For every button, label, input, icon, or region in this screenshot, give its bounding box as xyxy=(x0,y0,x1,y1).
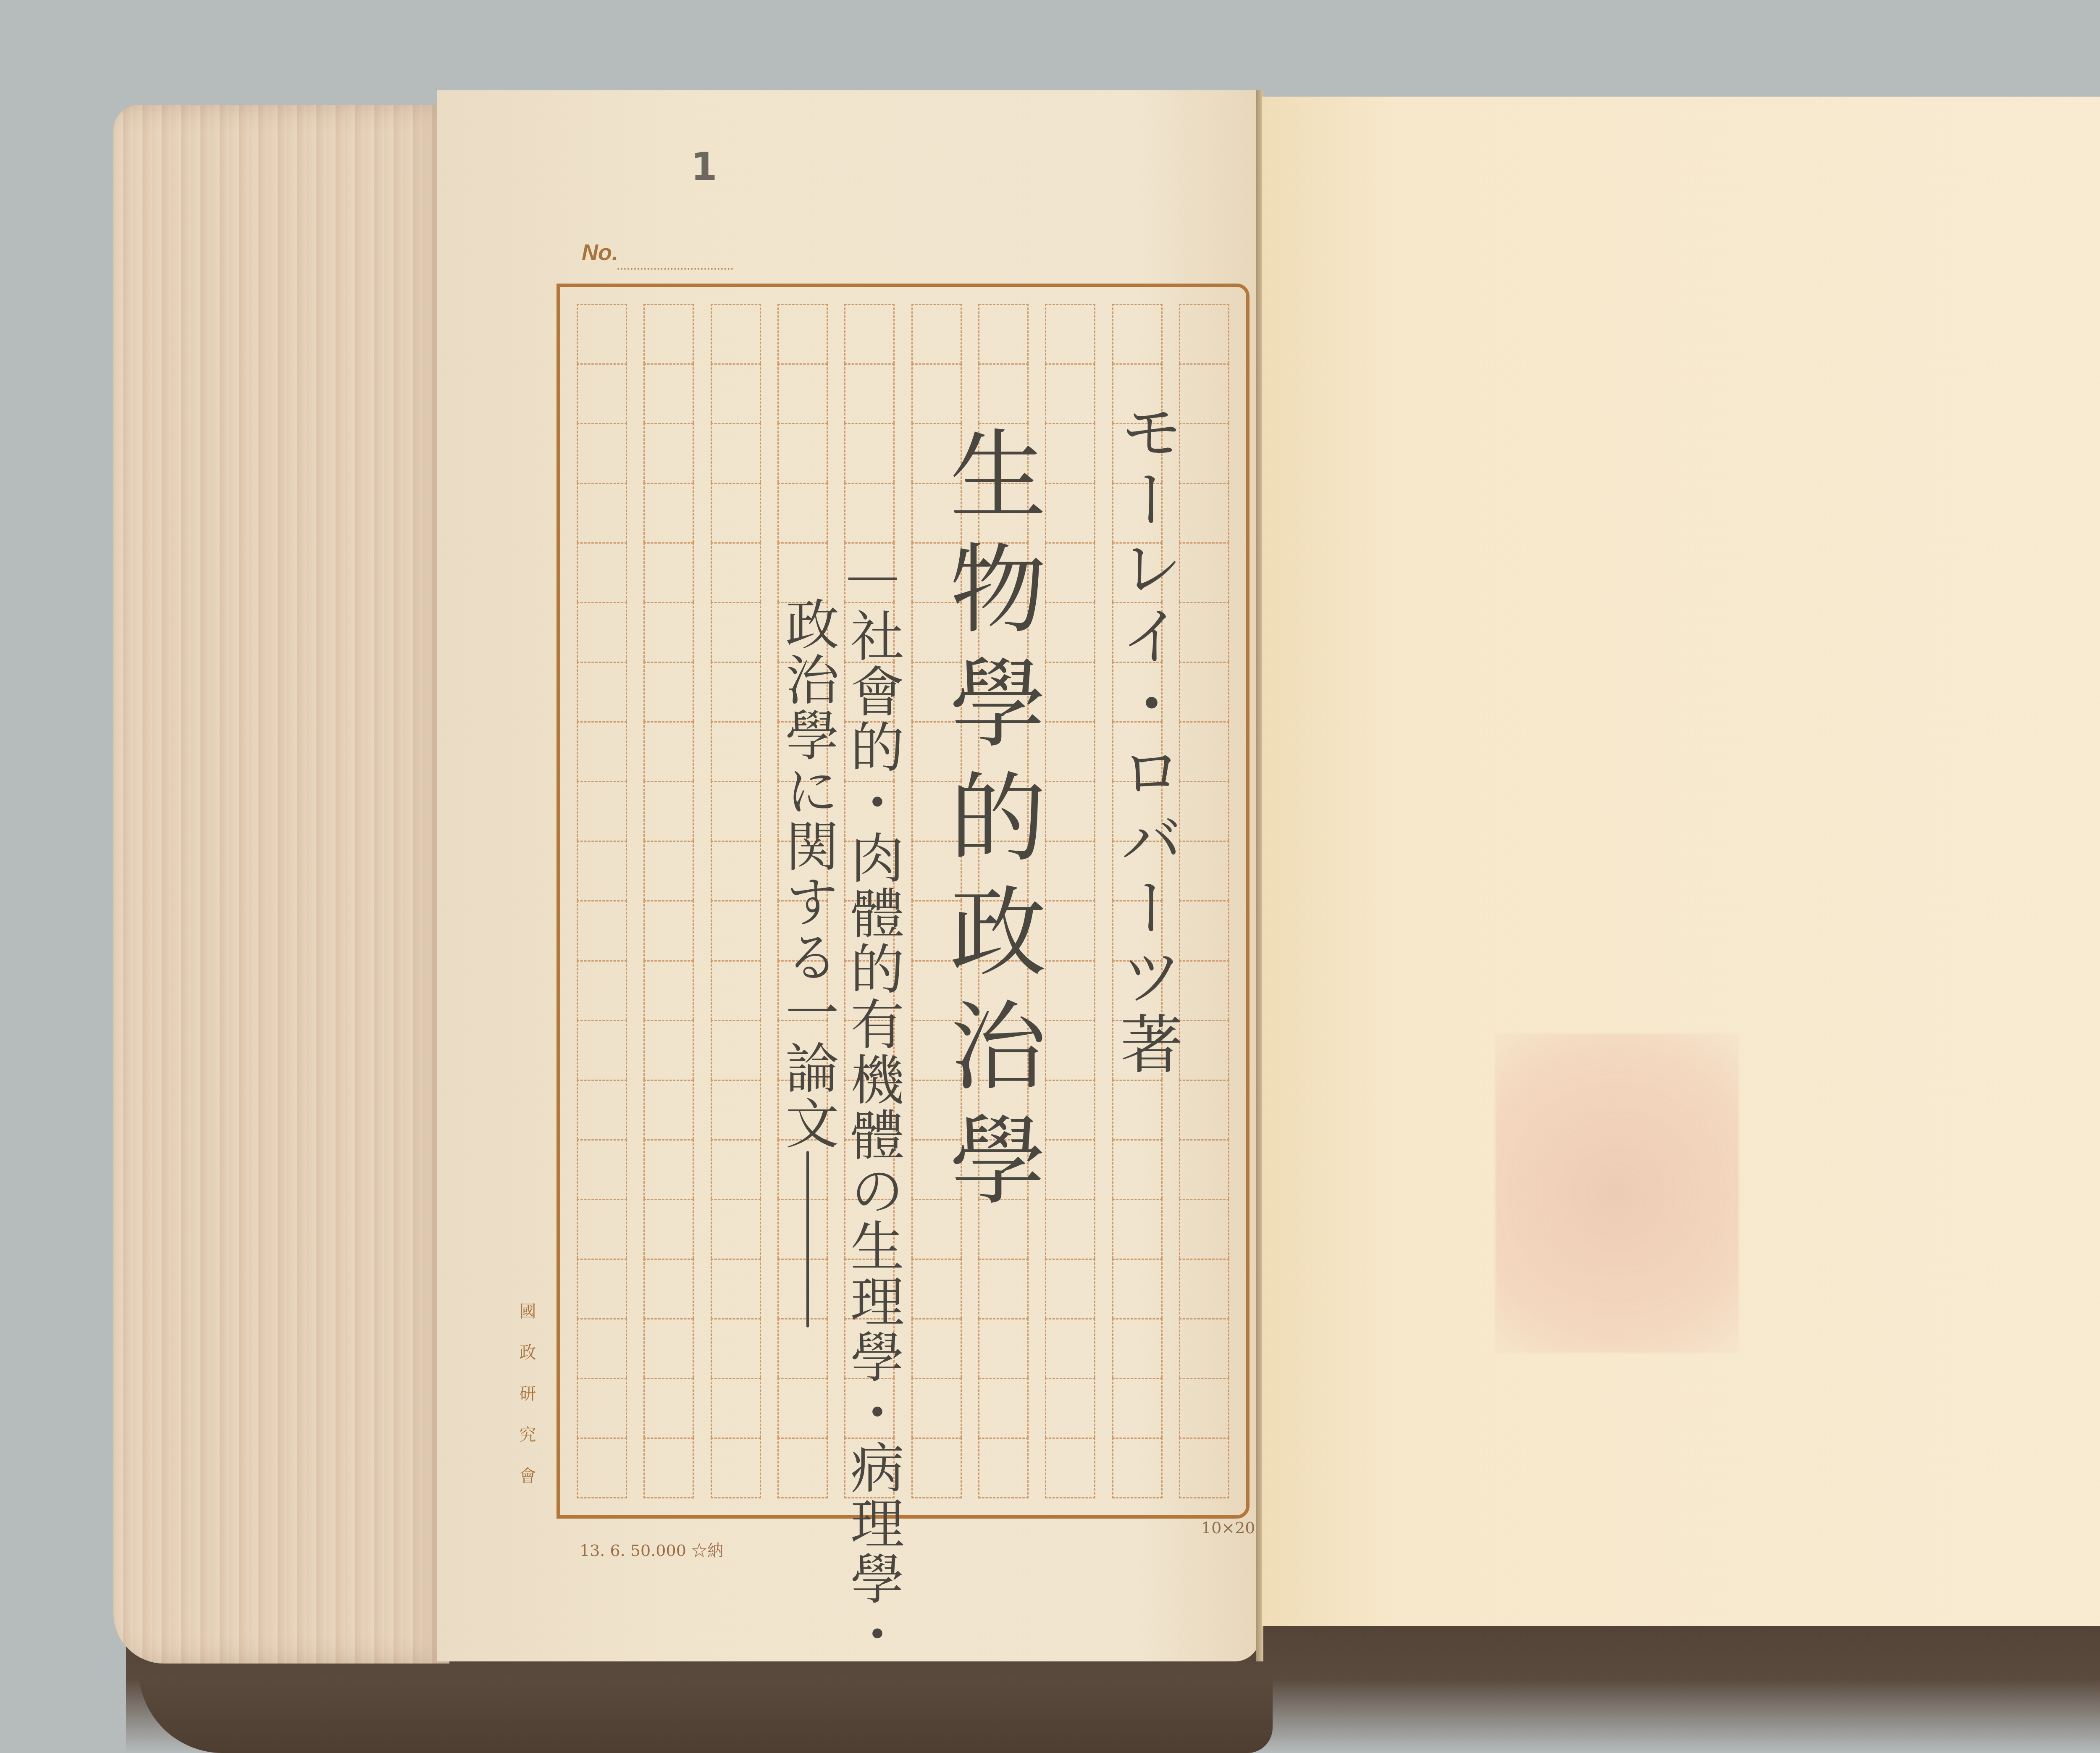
grid-cell xyxy=(577,841,627,900)
grid-cell xyxy=(643,483,694,542)
grid-cell xyxy=(577,1378,627,1438)
grid-cell xyxy=(711,1259,761,1318)
grid-cell xyxy=(777,483,828,542)
grid-cell xyxy=(911,1438,962,1498)
grid-cell xyxy=(711,1139,761,1199)
grid-cell xyxy=(777,304,828,363)
grid-cell xyxy=(643,542,694,602)
grid-cell xyxy=(577,1318,627,1378)
grid-cell xyxy=(777,1378,828,1438)
grid-cell xyxy=(777,542,828,602)
grid-cell xyxy=(643,1318,694,1378)
grid-cell xyxy=(1179,1139,1229,1199)
grid-cell xyxy=(577,1259,627,1318)
no-label: No. xyxy=(582,239,618,265)
grid-cell xyxy=(1045,1378,1095,1438)
grid-cell xyxy=(1112,1199,1163,1259)
grid-cell xyxy=(643,1139,694,1199)
grid-cell xyxy=(1179,1438,1229,1498)
grid-cell xyxy=(711,900,761,960)
grid-cell xyxy=(1112,1438,1163,1498)
grid-cell xyxy=(978,1259,1029,1318)
grid-cell xyxy=(577,1080,627,1139)
grid-cell xyxy=(711,483,761,542)
grid-cell xyxy=(711,1438,761,1498)
grid-cell xyxy=(577,304,627,363)
grid-cell xyxy=(577,1199,627,1259)
grid-cell xyxy=(643,1438,694,1498)
grid-cell xyxy=(1045,1318,1095,1378)
grid-cell xyxy=(1179,1378,1229,1438)
grid-cell xyxy=(911,1259,962,1318)
grid-cell xyxy=(711,841,761,900)
grid-cell xyxy=(711,662,761,721)
grid-cell xyxy=(643,1199,694,1259)
grid-cell xyxy=(1112,1080,1163,1139)
grid-cell xyxy=(577,363,627,423)
grid-cell xyxy=(844,423,895,483)
publisher-imprint: 國政研究會 xyxy=(514,1302,538,1508)
grid-cell xyxy=(643,363,694,423)
grid-cell xyxy=(643,1378,694,1438)
grid-cell xyxy=(643,960,694,1020)
grid-cell xyxy=(1179,1080,1229,1139)
grid-cell xyxy=(1045,304,1095,363)
grid-cell xyxy=(577,542,627,602)
grid-cell xyxy=(777,363,828,423)
grid-cell xyxy=(777,1318,828,1378)
grid-cell xyxy=(844,304,895,363)
grid-cell xyxy=(978,304,1029,363)
grid-column xyxy=(643,304,694,1498)
grid-cell xyxy=(1045,1438,1095,1498)
grid-cell xyxy=(643,781,694,841)
grid-column xyxy=(577,304,627,1498)
grid-cell xyxy=(577,721,627,781)
grid-cell xyxy=(643,1259,694,1318)
grid-cell xyxy=(911,1318,962,1378)
closing-dash xyxy=(806,1151,809,1327)
grid-cell xyxy=(711,721,761,781)
stamp-offset xyxy=(1495,1033,1739,1353)
grid-cell xyxy=(577,602,627,662)
grid-cell xyxy=(643,304,694,363)
grid-cell xyxy=(711,1318,761,1378)
grid-cell xyxy=(1112,1318,1163,1378)
grid-cell xyxy=(643,1020,694,1080)
grid-cell xyxy=(711,960,761,1020)
grid-column xyxy=(711,304,761,1498)
grid-cell xyxy=(577,960,627,1020)
page-stack-edge xyxy=(113,105,449,1664)
grid-cell xyxy=(711,363,761,423)
grid-cell xyxy=(711,542,761,602)
grid-cell xyxy=(711,1020,761,1080)
grid-cell xyxy=(1045,363,1095,423)
grid-cell xyxy=(777,1259,828,1318)
grid-cell xyxy=(1112,1378,1163,1438)
grid-cell xyxy=(643,662,694,721)
grid-cell xyxy=(577,781,627,841)
grid-cell xyxy=(711,1199,761,1259)
grid-cell xyxy=(577,1438,627,1498)
grid-cell xyxy=(1179,1259,1229,1318)
grid-cell xyxy=(844,363,895,423)
grid-cell xyxy=(844,483,895,542)
grid-cell xyxy=(711,423,761,483)
grid-cell xyxy=(911,363,962,423)
grid-cell xyxy=(1112,1259,1163,1318)
grid-cell xyxy=(643,423,694,483)
grid-cell xyxy=(777,1199,828,1259)
grid-cell xyxy=(643,841,694,900)
grid-cell xyxy=(577,1139,627,1199)
grid-cell xyxy=(711,1378,761,1438)
right-page xyxy=(1262,97,2100,1626)
grid-cell xyxy=(911,1378,962,1438)
grid-cell xyxy=(711,781,761,841)
grid-cell xyxy=(643,602,694,662)
grid-cell xyxy=(1179,1199,1229,1259)
grid-cell xyxy=(643,900,694,960)
grid-size-label: 10×20 xyxy=(1201,1519,1255,1537)
grid-cell xyxy=(1112,304,1163,363)
grid-cell xyxy=(643,1080,694,1139)
grid-cell xyxy=(711,304,761,363)
grid-cell xyxy=(978,363,1029,423)
grid-cell xyxy=(577,1020,627,1080)
author-text: モーレイ・ロバーツ著 xyxy=(1100,399,1191,1080)
grid-cell xyxy=(911,304,962,363)
grid-cell xyxy=(978,1378,1029,1438)
page-number: 1 xyxy=(691,145,717,189)
grid-cell xyxy=(978,1438,1029,1498)
grid-cell xyxy=(978,1318,1029,1378)
grid-cell xyxy=(1112,1139,1163,1199)
grid-cell xyxy=(577,483,627,542)
grid-cell xyxy=(577,423,627,483)
grid-cell xyxy=(577,662,627,721)
grid-cell xyxy=(1179,304,1229,363)
grid-cell xyxy=(711,1080,761,1139)
subtitle-line-2: 政治學に関する一論文 xyxy=(769,597,846,1151)
grid-cell xyxy=(643,721,694,781)
grid-cell xyxy=(711,602,761,662)
no-field-line xyxy=(617,268,733,270)
grid-cell xyxy=(577,900,627,960)
grid-cell xyxy=(1045,1259,1095,1318)
grid-cell xyxy=(777,1438,828,1498)
title-text: 生物學的政治學 xyxy=(920,424,1059,1224)
grid-cell xyxy=(777,423,828,483)
print-info: 13. 6. 50.000 ☆納 xyxy=(580,1537,723,1561)
grid-cell xyxy=(1179,1318,1229,1378)
